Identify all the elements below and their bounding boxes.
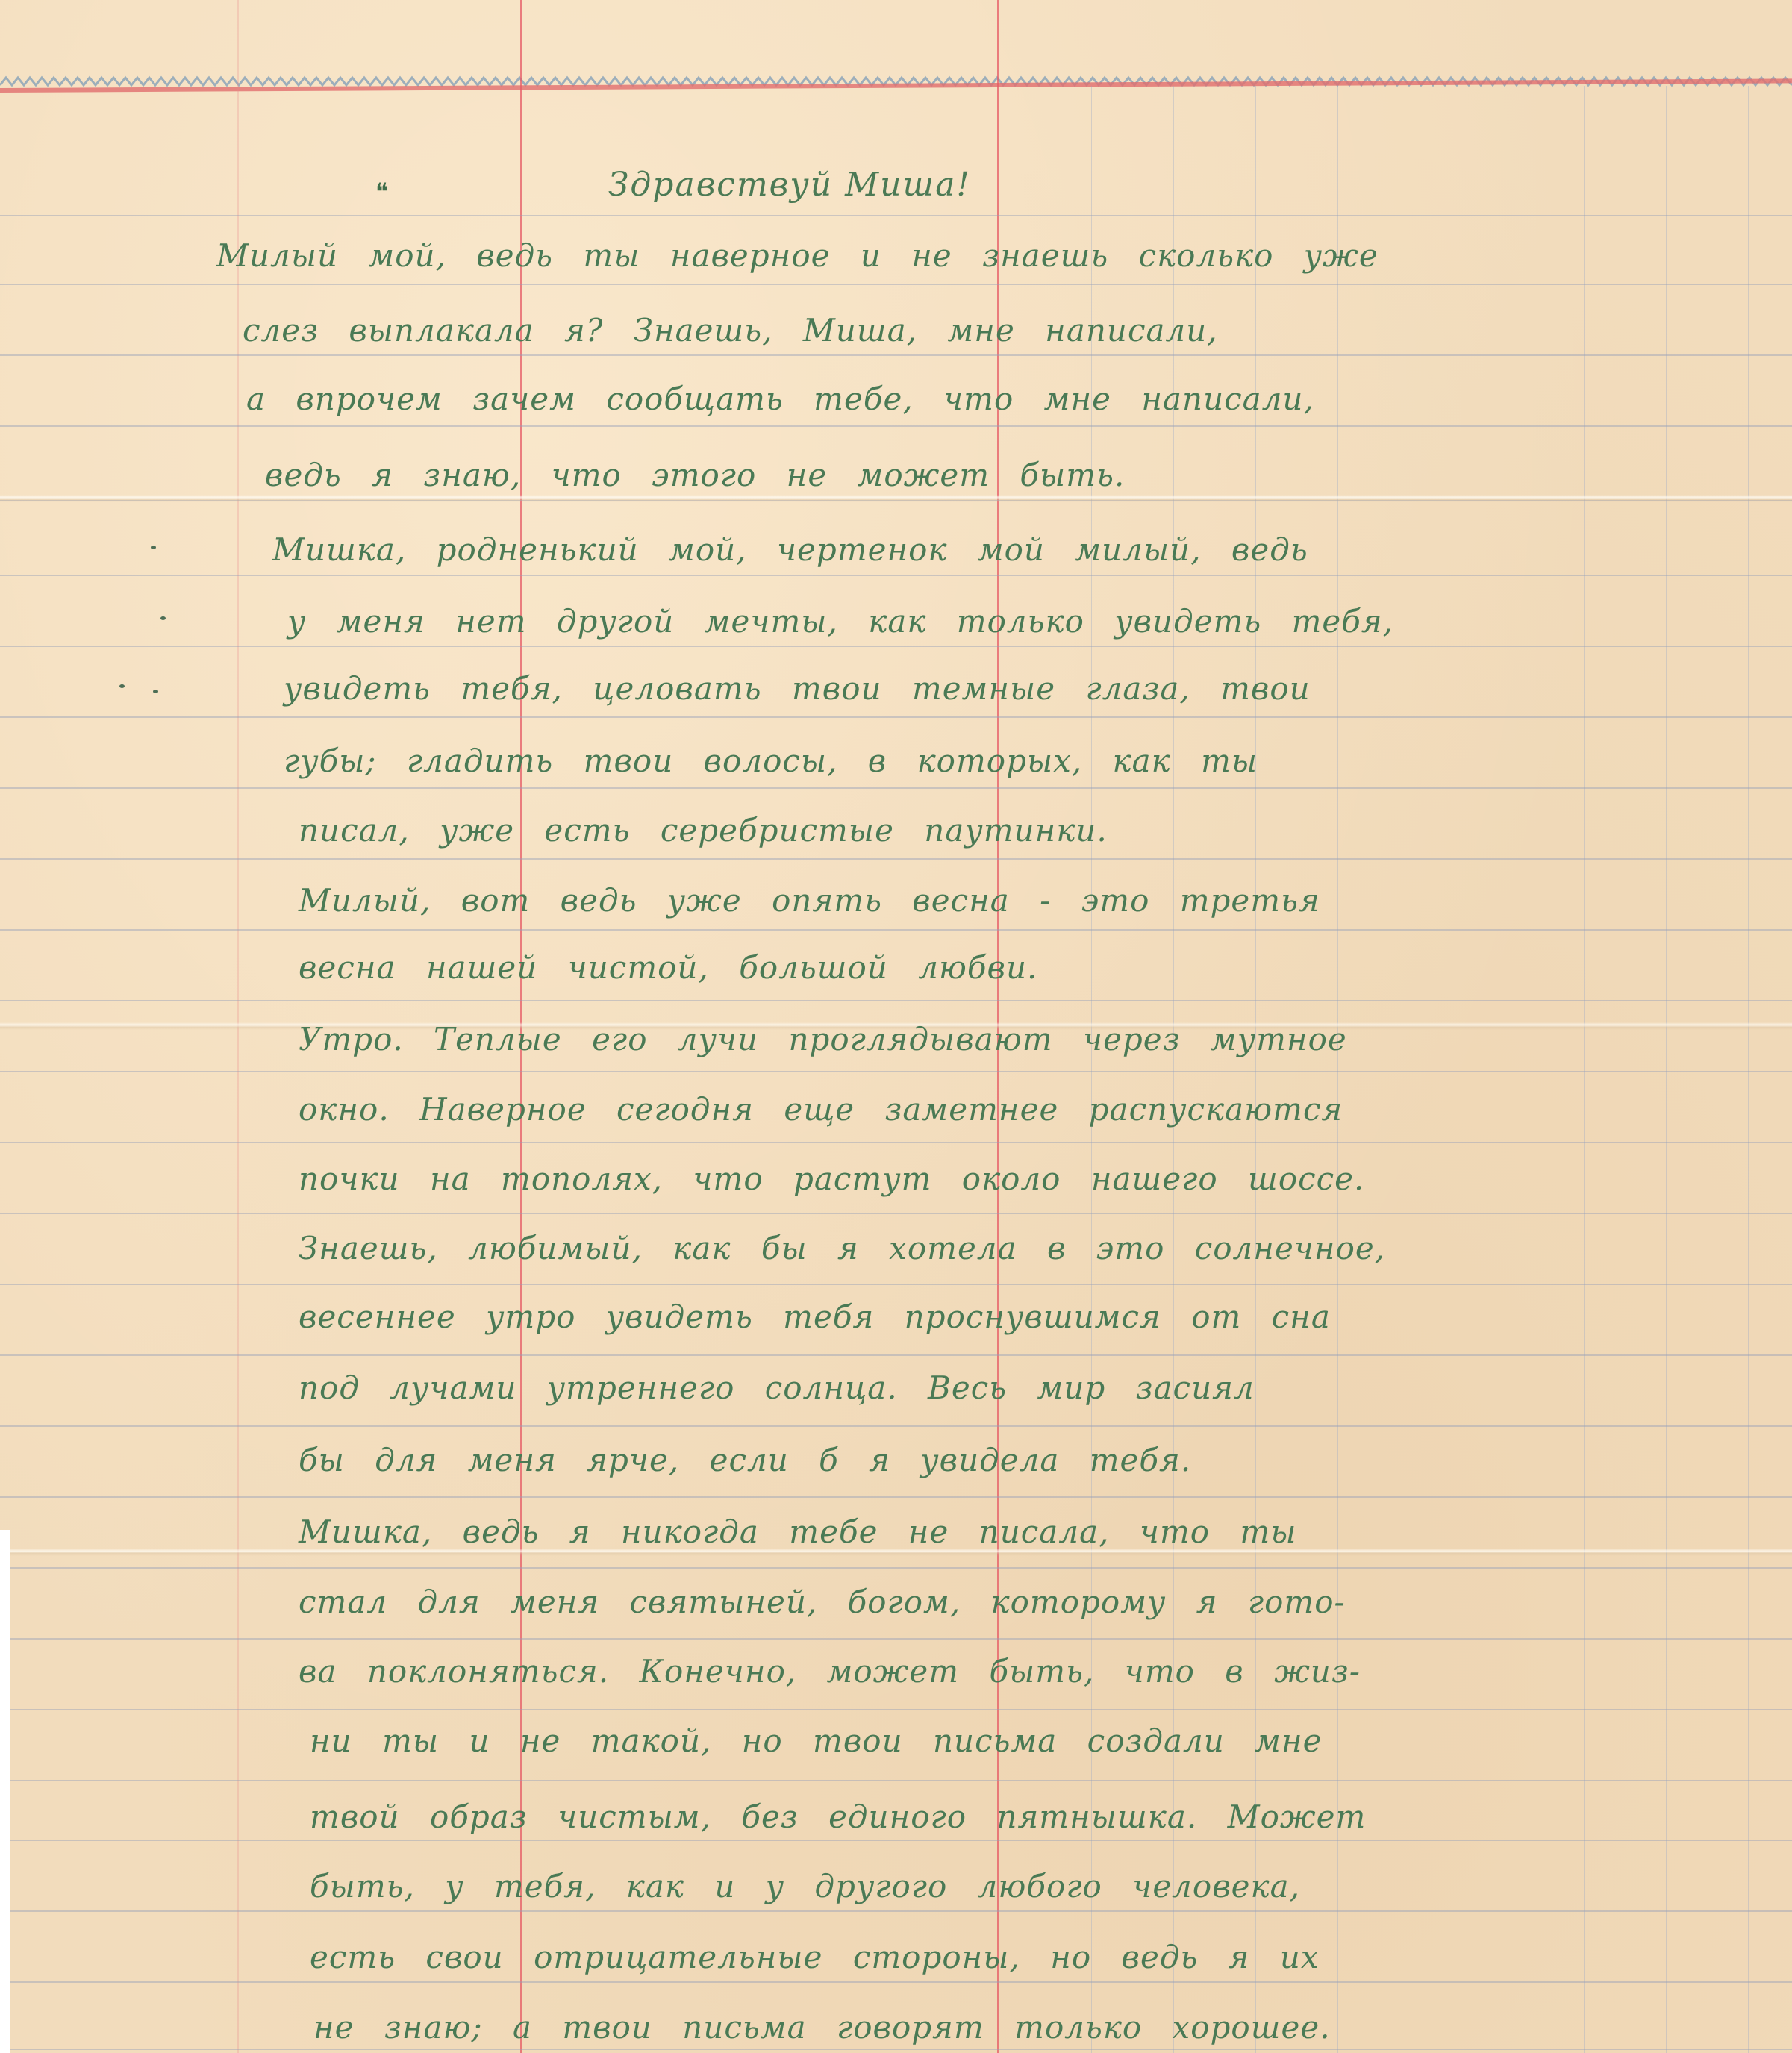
ruled-line bbox=[0, 1142, 1792, 1143]
letter-line: Милый, вот ведь уже опять весна - это тр… bbox=[299, 882, 1320, 919]
letter-greeting: Здравствуй Миша! bbox=[608, 166, 971, 204]
ruled-line bbox=[0, 1910, 1792, 1912]
ruled-line bbox=[0, 1284, 1792, 1285]
ruled-line bbox=[0, 646, 1792, 647]
torn-edge bbox=[0, 1530, 10, 2053]
ruled-line bbox=[0, 284, 1792, 285]
letter-line: а впрочем зачем сообщать тебе, что мне н… bbox=[246, 381, 1314, 417]
letter-line: быть, у тебя, как и у другого любого чел… bbox=[310, 1868, 1300, 1904]
letter-line: Знаешь, любимый, как бы я хотела в это с… bbox=[299, 1230, 1385, 1266]
ruled-line bbox=[0, 425, 1792, 427]
letter-line: губы; гладить твои волосы, в которых, ка… bbox=[284, 743, 1258, 779]
ink-dot bbox=[151, 546, 156, 549]
grid-line bbox=[1420, 86, 1420, 2053]
letter-line: Милый мой, ведь ты наверное и не знаешь … bbox=[216, 237, 1379, 274]
ruled-line bbox=[0, 1780, 1792, 1781]
ruled-line bbox=[0, 716, 1792, 718]
ruled-line bbox=[0, 2049, 1792, 2050]
letter-line: есть свои отрицательные стороны, но ведь… bbox=[310, 1939, 1320, 1975]
letter-line: ведь я знаю, что этого не может быть. bbox=[265, 457, 1125, 493]
letter-line: Мишка, родненький мой, чертенок мой милы… bbox=[272, 531, 1308, 568]
ruled-line bbox=[0, 787, 1792, 789]
ruled-line bbox=[0, 1213, 1792, 1214]
ruled-line bbox=[0, 1425, 1792, 1427]
letter-line: у меня нет другой мечты, как только увид… bbox=[287, 603, 1393, 640]
ruled-line bbox=[0, 1354, 1792, 1356]
ruled-line bbox=[0, 858, 1792, 860]
letter-line: не знаю; а твои письма говорят только хо… bbox=[313, 2009, 1331, 2046]
letter-line: весеннее утро увидеть тебя проснувшимся … bbox=[299, 1299, 1331, 1335]
grid-line bbox=[1748, 86, 1749, 2053]
grid-line bbox=[1502, 86, 1502, 2053]
ruled-line bbox=[0, 1496, 1792, 1498]
ruled-line bbox=[0, 1638, 1792, 1640]
ink-dot bbox=[153, 690, 158, 693]
ruled-line bbox=[0, 1071, 1792, 1072]
letter-line: ни ты и не такой, но твои письма создали… bbox=[310, 1722, 1323, 1759]
ruled-line bbox=[0, 1000, 1792, 1001]
grid-line bbox=[1584, 86, 1585, 2053]
ruled-line bbox=[0, 215, 1792, 216]
letter-line: увидеть тебя, целовать твои темные глаза… bbox=[284, 670, 1311, 707]
ink-dot bbox=[119, 684, 125, 688]
ruled-line bbox=[0, 1709, 1792, 1710]
letter-line: слез выплакала я? Знаешь, Миша, мне напи… bbox=[243, 312, 1218, 349]
grid-line bbox=[1666, 86, 1667, 2053]
letter-line: под лучами утреннего солнца. Весь мир за… bbox=[299, 1369, 1255, 1406]
letter-line: бы для меня ярче, если б я увидела тебя. bbox=[299, 1442, 1191, 1478]
ruled-line bbox=[0, 1840, 1792, 1841]
grid-line bbox=[1337, 86, 1338, 2053]
ruled-line bbox=[0, 354, 1792, 356]
greeting-mark: ❝ bbox=[375, 178, 388, 206]
ruled-line bbox=[0, 929, 1792, 931]
letter-line: стал для меня святыней, богом, которому … bbox=[299, 1584, 1346, 1620]
letter-line: Мишка, ведь я никогда тебе не писала, чт… bbox=[299, 1513, 1296, 1550]
ink-dot bbox=[160, 616, 166, 620]
letter-line: почки на тополях, что растут около нашег… bbox=[299, 1160, 1364, 1197]
fold-crease bbox=[0, 495, 1792, 502]
letter-line: Утро. Теплые его лучи проглядывают через… bbox=[299, 1021, 1347, 1057]
letter-line: ва поклоняться. Конечно, может быть, что… bbox=[299, 1653, 1361, 1690]
letter-line: окно. Наверное сегодня еще заметнее расп… bbox=[299, 1091, 1343, 1128]
letter-line: твой образ чистым, без единого пятнышка.… bbox=[310, 1799, 1366, 1835]
letter-paper: ❝ Здравствуй Миша! Милый мой, ведь ты на… bbox=[0, 0, 1792, 2053]
ruled-line bbox=[0, 1567, 1792, 1569]
ruled-line bbox=[0, 575, 1792, 576]
letter-line: писал, уже есть серебристые паутинки. bbox=[299, 812, 1108, 849]
letter-line: весна нашей чистой, большой любви. bbox=[299, 949, 1037, 986]
ruled-line bbox=[0, 1981, 1792, 1983]
